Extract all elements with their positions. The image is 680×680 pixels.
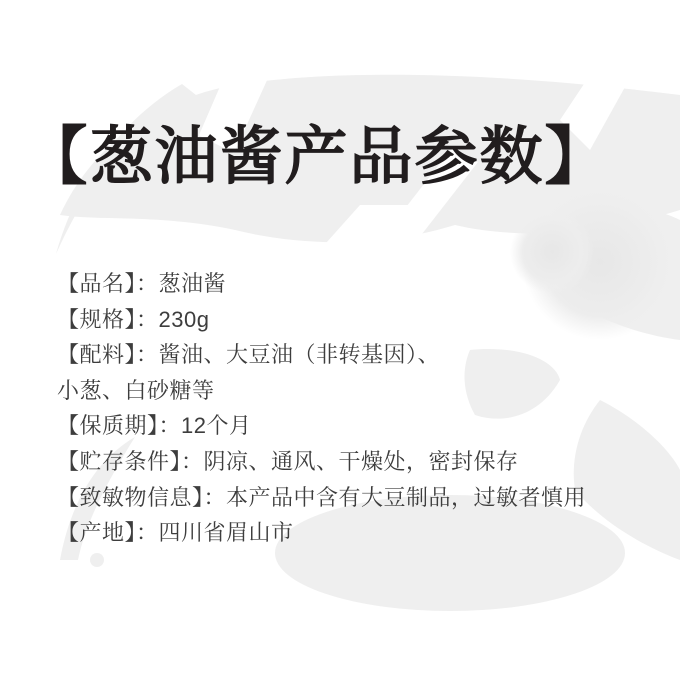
page-title: 【葱油酱产品参数】 bbox=[0, 120, 634, 194]
spec-line-storage: 【贮存条件】：阴凉、通风、干燥处，密封保存 bbox=[57, 444, 660, 480]
spec-line-product-name: 【品名】：葱油酱 bbox=[57, 266, 660, 302]
spec-list: 【品名】：葱油酱 【规格】：230g 【配料】：酱油、大豆油（非转基因）、 小葱… bbox=[57, 266, 660, 551]
spec-line-origin: 【产地】：四川省眉山市 bbox=[57, 515, 660, 551]
spec-line-allergen: 【致敏物信息】：本产品中含有大豆制品，过敏者慎用 bbox=[57, 480, 660, 516]
spec-line-net-weight: 【规格】：230g bbox=[57, 302, 660, 338]
product-parameters-card: 【葱油酱产品参数】 【品名】：葱油酱 【规格】：230g 【配料】：酱油、大豆油… bbox=[0, 0, 680, 680]
spec-line-ingredients-2: 小葱、白砂糖等 bbox=[57, 373, 660, 409]
spec-line-ingredients: 【配料】：酱油、大豆油（非转基因）、 bbox=[57, 337, 660, 373]
spec-line-shelf-life: 【保质期】：12个月 bbox=[57, 408, 660, 444]
